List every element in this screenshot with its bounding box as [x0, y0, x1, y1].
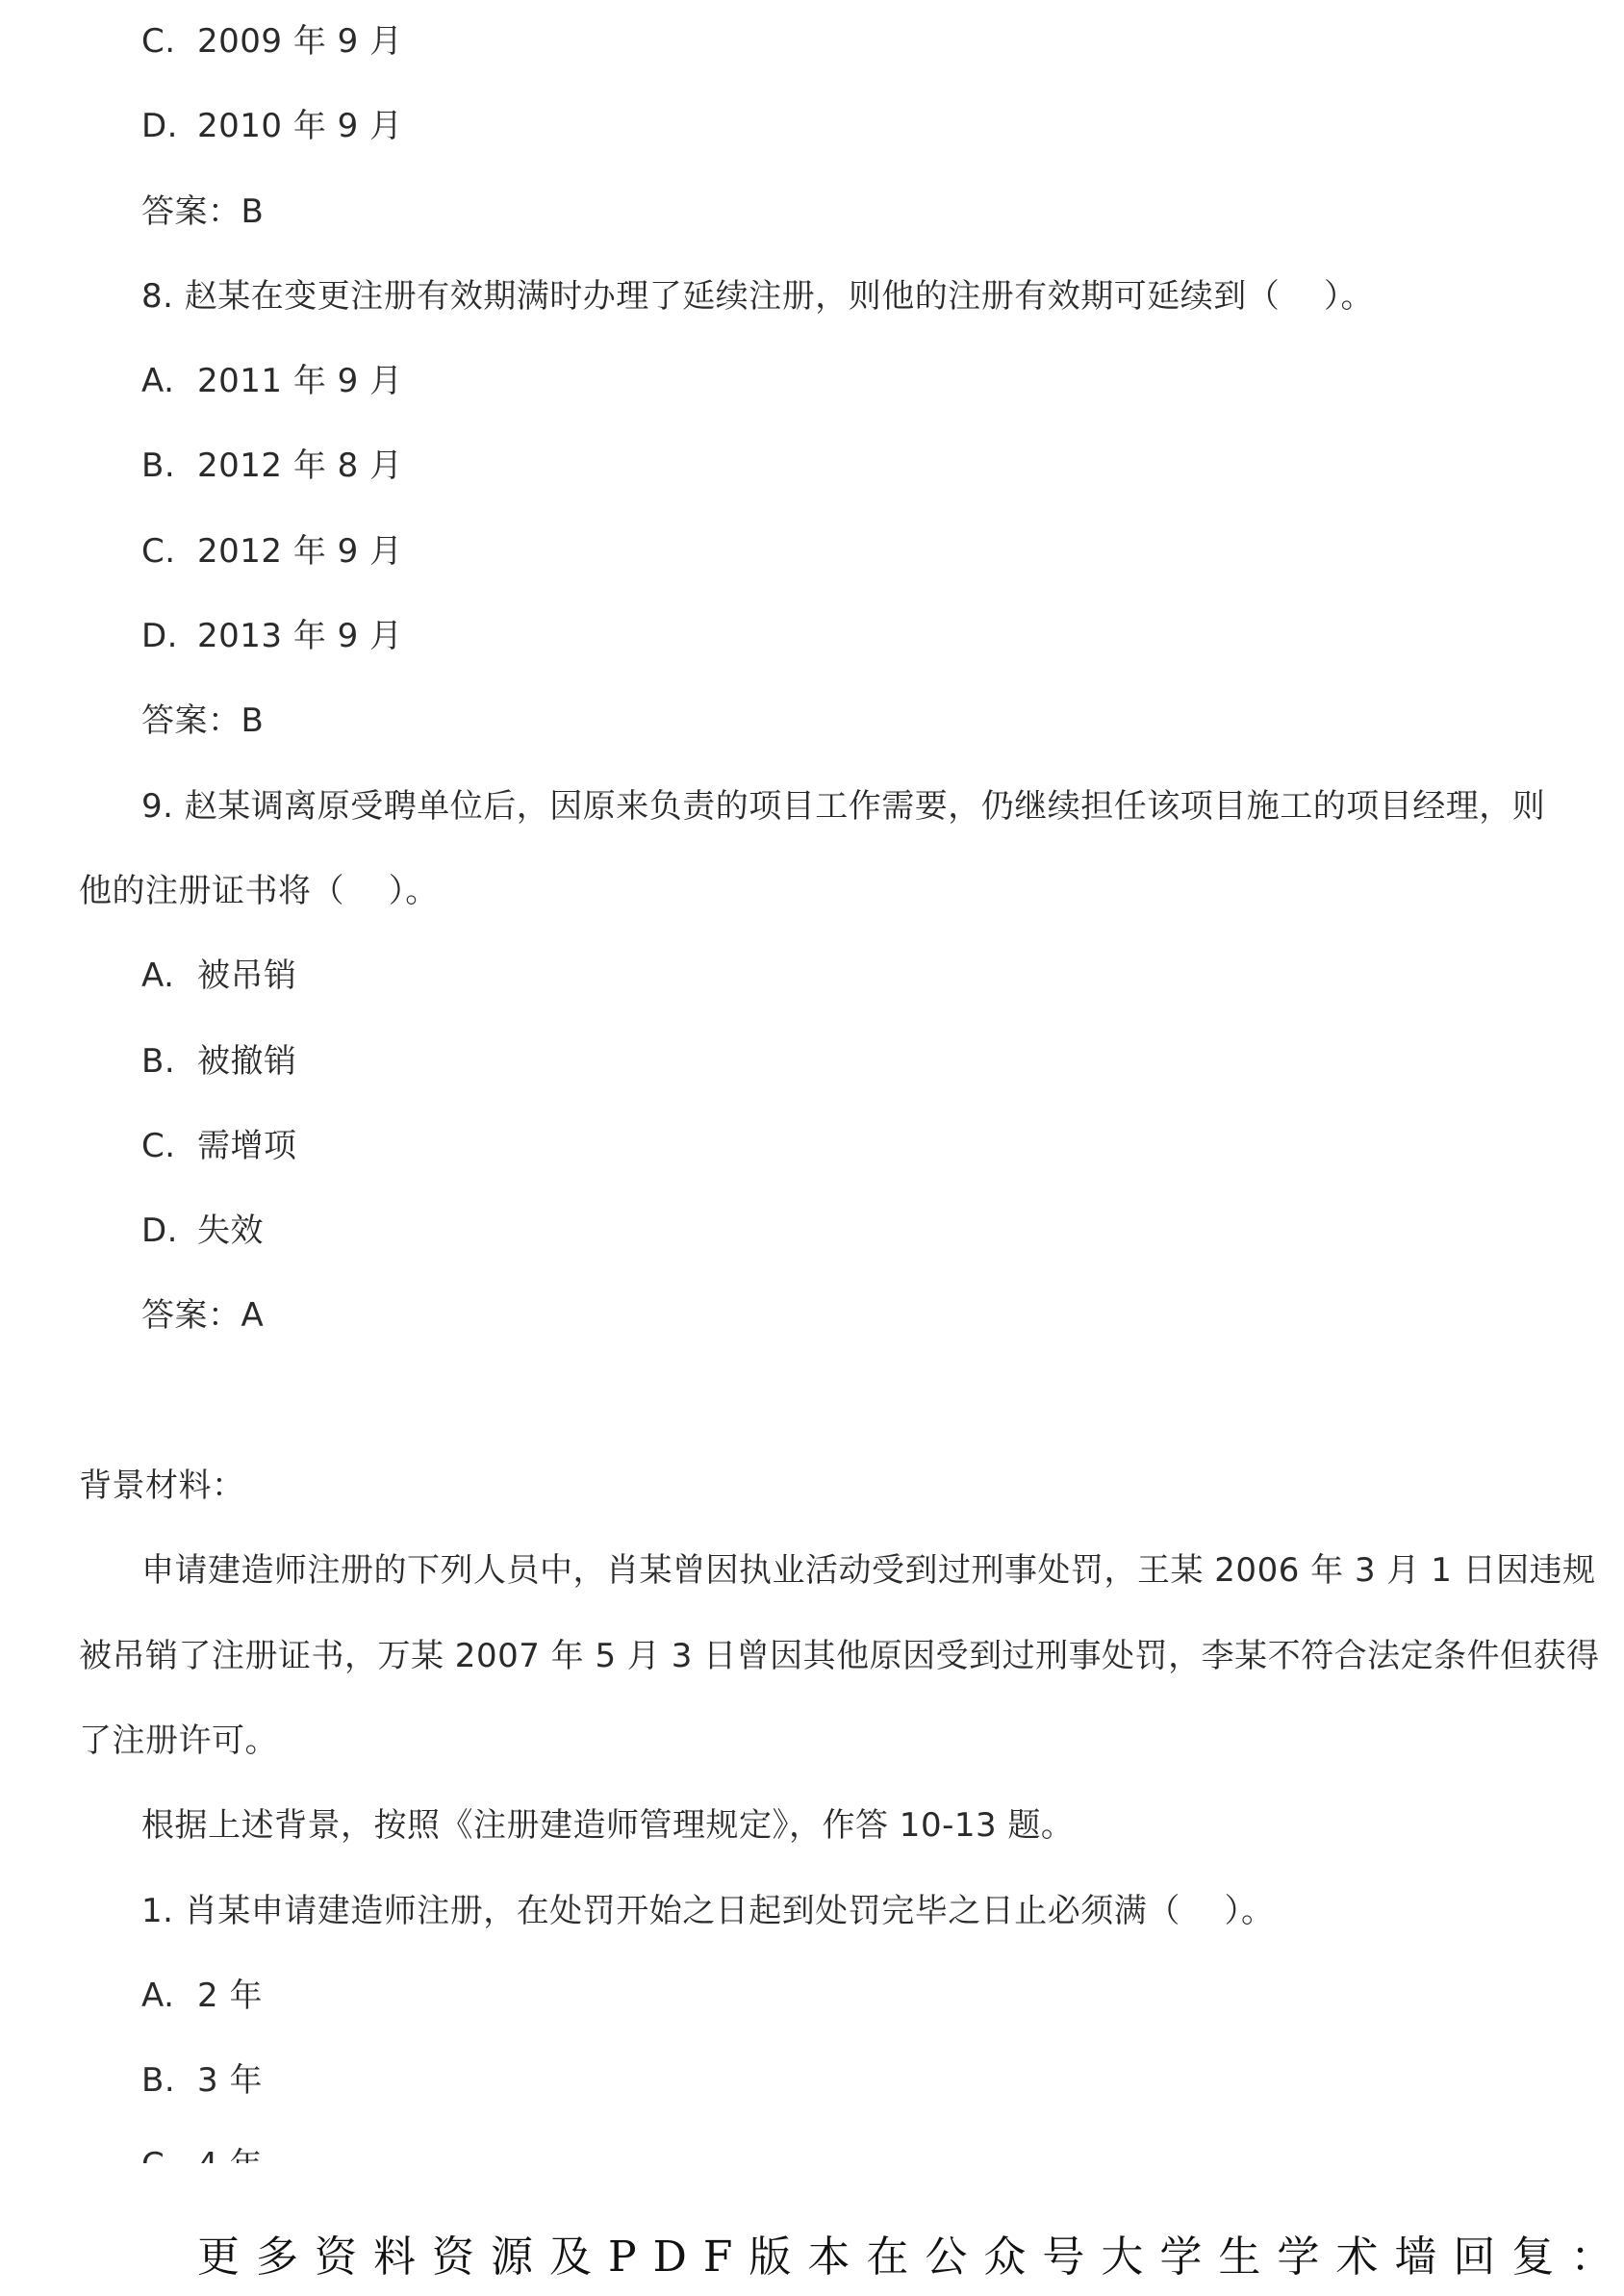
option-line: A.被吊销: [0, 933, 1624, 1018]
option-line: A.2011 年 9 月: [0, 339, 1624, 423]
option-text: 需增项: [197, 1127, 297, 1165]
option-line: C.需增项: [0, 1104, 1624, 1188]
option-line-partial: C.4 年: [0, 2123, 1624, 2163]
document-content: C.2009 年 9 月 D.2010 年 9 月 答案：B 8. 赵某在变更注…: [0, 0, 1624, 2163]
background-paragraph-continuation: 了注册许可。: [0, 1698, 1624, 1783]
option-letter: C.: [141, 2123, 197, 2163]
option-letter: B.: [141, 423, 197, 508]
option-line: C.2009 年 9 月: [0, 0, 1624, 84]
answer-line: 答案：B: [0, 678, 1624, 763]
instruction-paragraph: 根据上述背景，按照《注册建造师管理规定》，作答 10-13 题。: [0, 1783, 1624, 1868]
option-letter: B.: [141, 1019, 197, 1104]
option-line: B.被撤销: [0, 1019, 1624, 1104]
option-text: 2009 年 9 月: [197, 22, 403, 61]
option-letter: C.: [141, 0, 197, 84]
footer-promo-text: 更多资料资源及PDF版本在公众号大学生学术墙回复：资料: [197, 2229, 1448, 2286]
option-line: D.2010 年 9 月: [0, 84, 1624, 168]
option-letter: C.: [141, 509, 197, 594]
option-text: 2012 年 9 月: [197, 532, 403, 571]
option-text: 2011 年 9 月: [197, 362, 403, 400]
option-letter: D.: [141, 84, 197, 168]
option-line: D.2013 年 9 月: [0, 594, 1624, 678]
option-text: 失效: [197, 1212, 264, 1250]
document-page: C.2009 年 9 月 D.2010 年 9 月 答案：B 8. 赵某在变更注…: [0, 0, 1624, 2163]
answer-line: 答案：B: [0, 169, 1624, 254]
option-letter: A.: [141, 1953, 197, 2038]
background-paragraph-continuation: 被吊销了注册证书，万某 2007 年 5 月 3 日曾因其他原因受到过刑事处罚，…: [0, 1614, 1624, 1698]
option-letter: A.: [141, 933, 197, 1018]
option-text: 被吊销: [197, 957, 297, 995]
option-line: B.2012 年 8 月: [0, 423, 1624, 508]
option-line: C.2012 年 9 月: [0, 509, 1624, 594]
question-9-continuation: 他的注册证书将（ ）。: [0, 849, 1624, 933]
option-text: 被撤销: [197, 1042, 297, 1081]
question-1: 1. 肖某申请建造师注册，在处罚开始之日起到处罚完毕之日止必须满（ ）。: [0, 1869, 1624, 1953]
background-heading: 背景材料：: [0, 1443, 1624, 1528]
option-letter: B.: [141, 2038, 197, 2123]
answer-line: 答案：A: [0, 1273, 1624, 1358]
blank-line: [0, 1359, 1624, 1443]
option-line: A.2 年: [0, 1953, 1624, 2038]
option-letter: C.: [141, 1104, 197, 1188]
option-letter: D.: [141, 1188, 197, 1273]
option-text: 3 年: [197, 2061, 263, 2100]
option-letter: A.: [141, 339, 197, 423]
option-text: 2010 年 9 月: [197, 107, 403, 145]
option-text: 2 年: [197, 1977, 263, 2015]
option-line: D.失效: [0, 1188, 1624, 1273]
question-9: 9. 赵某调离原受聘单位后，因原来负责的项目工作需要，仍继续担任该项目施工的项目…: [0, 764, 1624, 849]
background-paragraph: 申请建造师注册的下列人员中，肖某曾因执业活动受到过刑事处罚，王某 2006 年 …: [0, 1528, 1624, 1613]
option-text: 2013 年 9 月: [197, 617, 403, 655]
option-line: B.3 年: [0, 2038, 1624, 2123]
option-letter: D.: [141, 594, 197, 678]
option-text: 2012 年 8 月: [197, 446, 403, 485]
option-text: 4 年: [197, 2146, 263, 2163]
question-8: 8. 赵某在变更注册有效期满时办理了延续注册，则他的注册有效期可延续到（ ）。: [0, 254, 1624, 339]
